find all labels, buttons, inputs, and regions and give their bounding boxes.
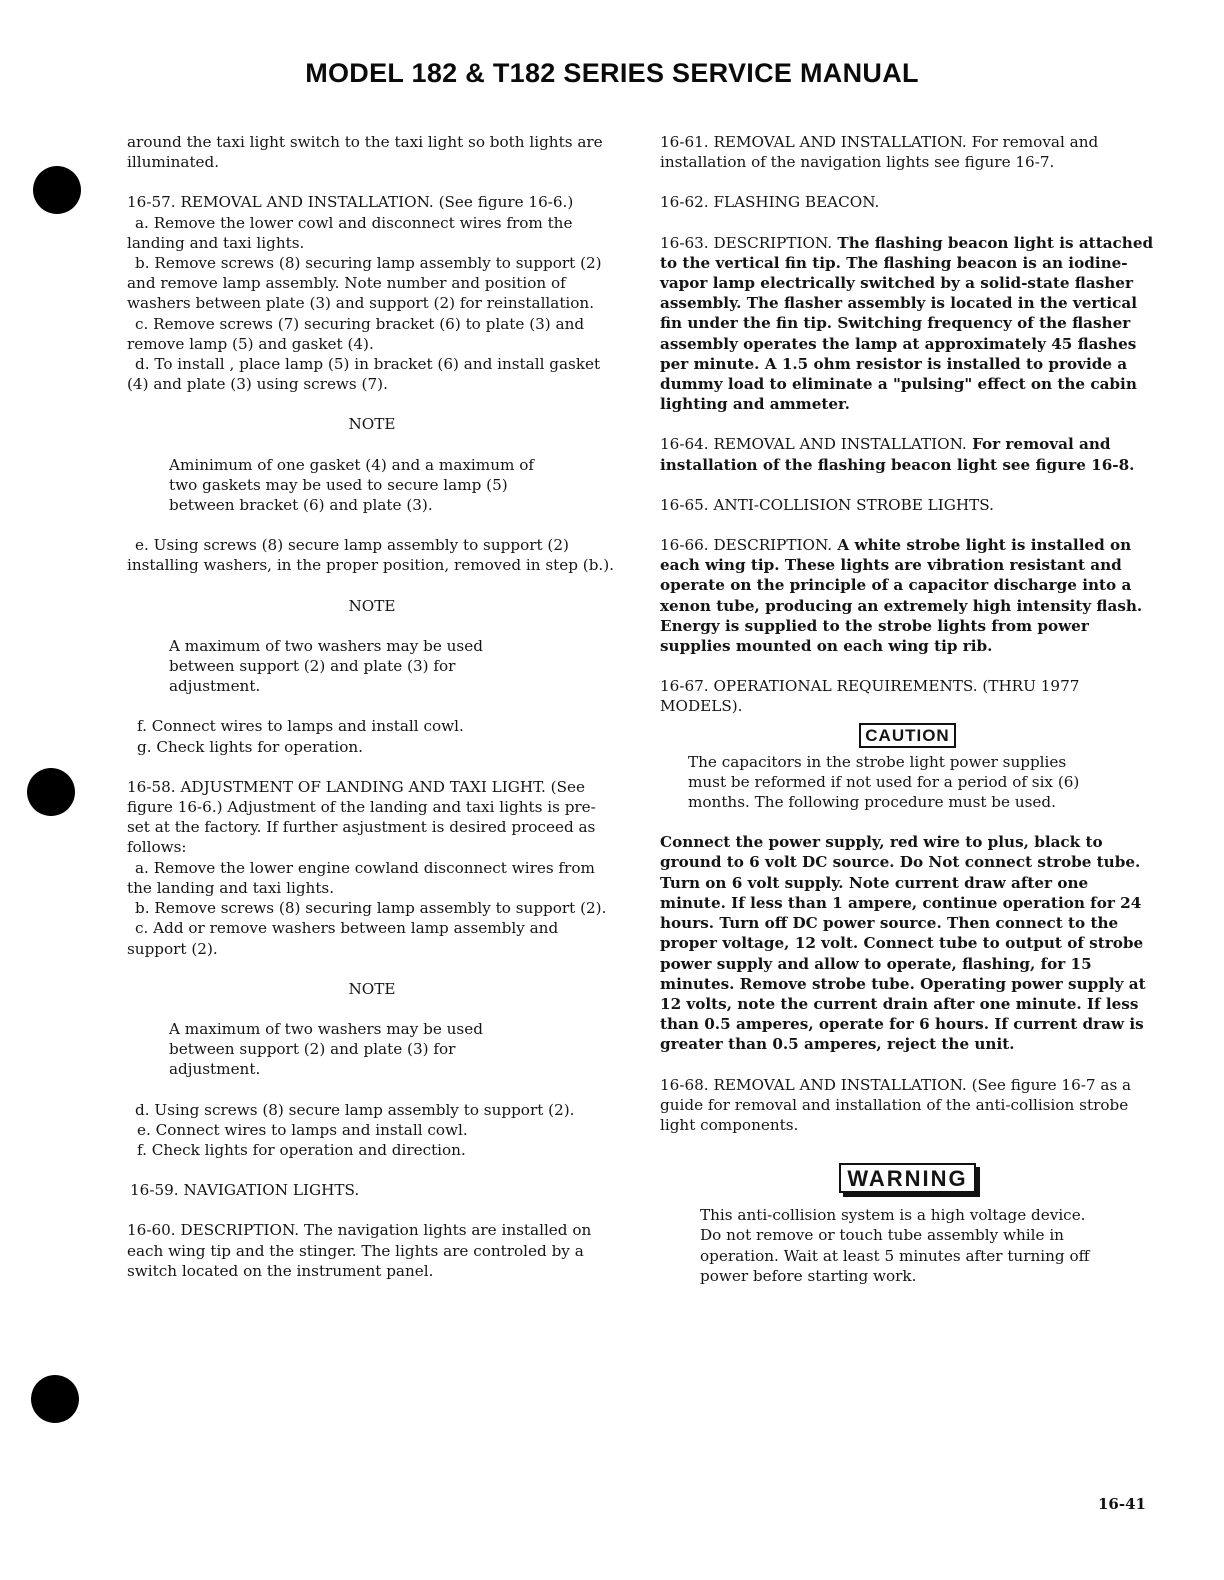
page-number: 16-41	[1098, 1495, 1146, 1513]
section-16-58-heading: 16-58. ADJUSTMENT OF LANDING AND TAXI LI…	[127, 778, 546, 796]
step-a: a. Remove the lower engine cowland disco…	[127, 858, 617, 898]
section-16-60-heading: 16-60. DESCRIPTION.	[127, 1221, 299, 1239]
section-16-64-heading: 16-64. REMOVAL AND INSTALLATION.	[660, 435, 967, 453]
note-text: A maximum of two washers may be used bet…	[169, 1019, 549, 1080]
page-title: MODEL 182 & T182 SERIES SERVICE MANUAL	[0, 58, 1224, 89]
caution-text: The capacitors in the strobe light power…	[688, 752, 1088, 813]
step-c: c. Add or remove washers between lamp as…	[127, 918, 617, 958]
section-16-60: 16-60. DESCRIPTION. The navigation light…	[127, 1220, 617, 1281]
caution-banner: CAUTION	[660, 723, 1155, 748]
step-d: d. Using screws (8) secure lamp assembly…	[127, 1100, 617, 1120]
warning-label: WARNING	[839, 1163, 975, 1193]
step-d: d. To install , place lamp (5) in bracke…	[127, 354, 617, 394]
warning-text: This anti-collision system is a high vol…	[700, 1205, 1100, 1286]
section-16-58: 16-58. ADJUSTMENT OF LANDING AND TAXI LI…	[127, 777, 617, 858]
binder-hole-icon	[27, 768, 75, 816]
note-text: Aminimum of one gasket (4) and a maximum…	[169, 455, 549, 516]
section-16-67-heading: 16-67. OPERATIONAL REQUIREMENTS. (THRU 1…	[660, 676, 1155, 716]
step-f: f. Connect wires to lamps and install co…	[127, 716, 617, 736]
step-c: c. Remove screws (7) securing bracket (6…	[127, 314, 617, 354]
step-b: b. Remove screws (8) securing lamp assem…	[127, 253, 617, 314]
section-16-68-heading: 16-68. REMOVAL AND INSTALLATION.	[660, 1076, 967, 1094]
step-e: e. Using screws (8) secure lamp assembly…	[127, 535, 617, 575]
intro-text: around the taxi light switch to the taxi…	[127, 132, 617, 172]
section-16-66: 16-66. DESCRIPTION. A white strobe light…	[660, 535, 1155, 656]
binder-hole-icon	[33, 166, 81, 214]
reforming-procedure: Connect the power supply, red wire to pl…	[660, 832, 1155, 1054]
left-column: around the taxi light switch to the taxi…	[127, 132, 617, 1281]
section-16-61-heading: 16-61. REMOVAL AND INSTALLATION.	[660, 133, 967, 151]
step-a: a. Remove the lower cowl and disconnect …	[127, 213, 617, 253]
section-16-66-heading: 16-66. DESCRIPTION.	[660, 536, 832, 554]
step-f: f. Check lights for operation and direct…	[127, 1140, 617, 1160]
warning-banner: WARNING	[660, 1163, 1155, 1193]
note-text: A maximum of two washers may be used bet…	[169, 636, 549, 697]
caution-label: CAUTION	[859, 723, 955, 748]
section-16-59-heading: 16-59. NAVIGATION LIGHTS.	[127, 1180, 617, 1200]
section-16-64: 16-64. REMOVAL AND INSTALLATION. For rem…	[660, 434, 1155, 474]
step-b: b. Remove screws (8) securing lamp assem…	[127, 898, 617, 918]
section-16-63: 16-63. DESCRIPTION. The flashing beacon …	[660, 233, 1155, 415]
section-16-63-heading: 16-63. DESCRIPTION.	[660, 234, 832, 252]
note-label: NOTE	[127, 979, 617, 999]
step-g: g. Check lights for operation.	[127, 737, 617, 757]
section-16-65-heading: 16-65. ANTI-COLLISION STROBE LIGHTS.	[660, 495, 1155, 515]
section-16-61: 16-61. REMOVAL AND INSTALLATION. For rem…	[660, 132, 1155, 172]
section-16-62-heading: 16-62. FLASHING BEACON.	[660, 192, 1155, 212]
section-16-57-heading: 16-57. REMOVAL AND INSTALLATION. (See fi…	[127, 192, 617, 212]
right-column: 16-61. REMOVAL AND INSTALLATION. For rem…	[660, 132, 1155, 1286]
step-e: e. Connect wires to lamps and install co…	[127, 1120, 617, 1140]
note-label: NOTE	[127, 596, 617, 616]
binder-hole-icon	[31, 1375, 79, 1423]
note-label: NOTE	[127, 414, 617, 434]
section-16-68: 16-68. REMOVAL AND INSTALLATION. (See fi…	[660, 1075, 1155, 1136]
